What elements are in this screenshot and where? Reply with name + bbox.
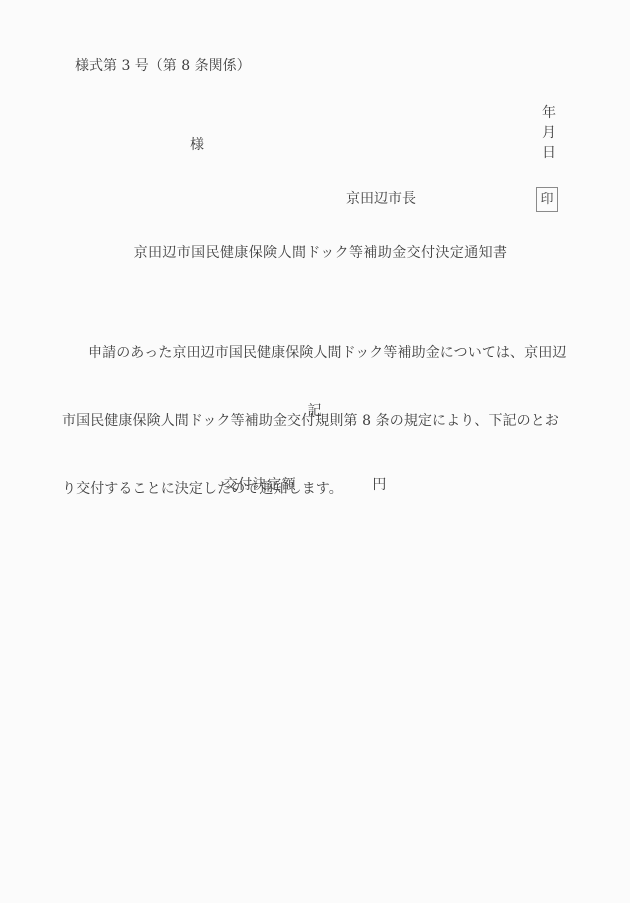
amount-label: 交付決定額 (224, 477, 297, 493)
amount-unit: 円 (372, 477, 387, 493)
date-day-label: 日 (542, 143, 556, 163)
record-marker: 記 (0, 401, 629, 421)
form-number: 様式第 3 号（第 8 条関係） (75, 56, 251, 76)
document-page: 様式第 3 号（第 8 条関係） 年 月 日 様 京田辺市長 印 京田辺市国民健… (0, 0, 630, 903)
seal-box: 印 (536, 187, 558, 212)
date-year-label: 年 (542, 103, 556, 123)
date-line: 年 月 日 (492, 83, 556, 183)
amount-line: 交付決定額円 (204, 455, 387, 515)
seal-mark: 印 (540, 193, 553, 206)
addressee-honorific: 様 (190, 135, 204, 155)
sender-title: 京田辺市長 (346, 189, 416, 209)
date-month-label: 月 (542, 123, 556, 143)
body-line-1: 申請のあった京田辺市国民健康保険人間ドック等補助金については、京田辺 (62, 342, 569, 365)
document-title: 京田辺市国民健康保険人間ドック等補助金交付決定通知書 (11, 243, 630, 263)
